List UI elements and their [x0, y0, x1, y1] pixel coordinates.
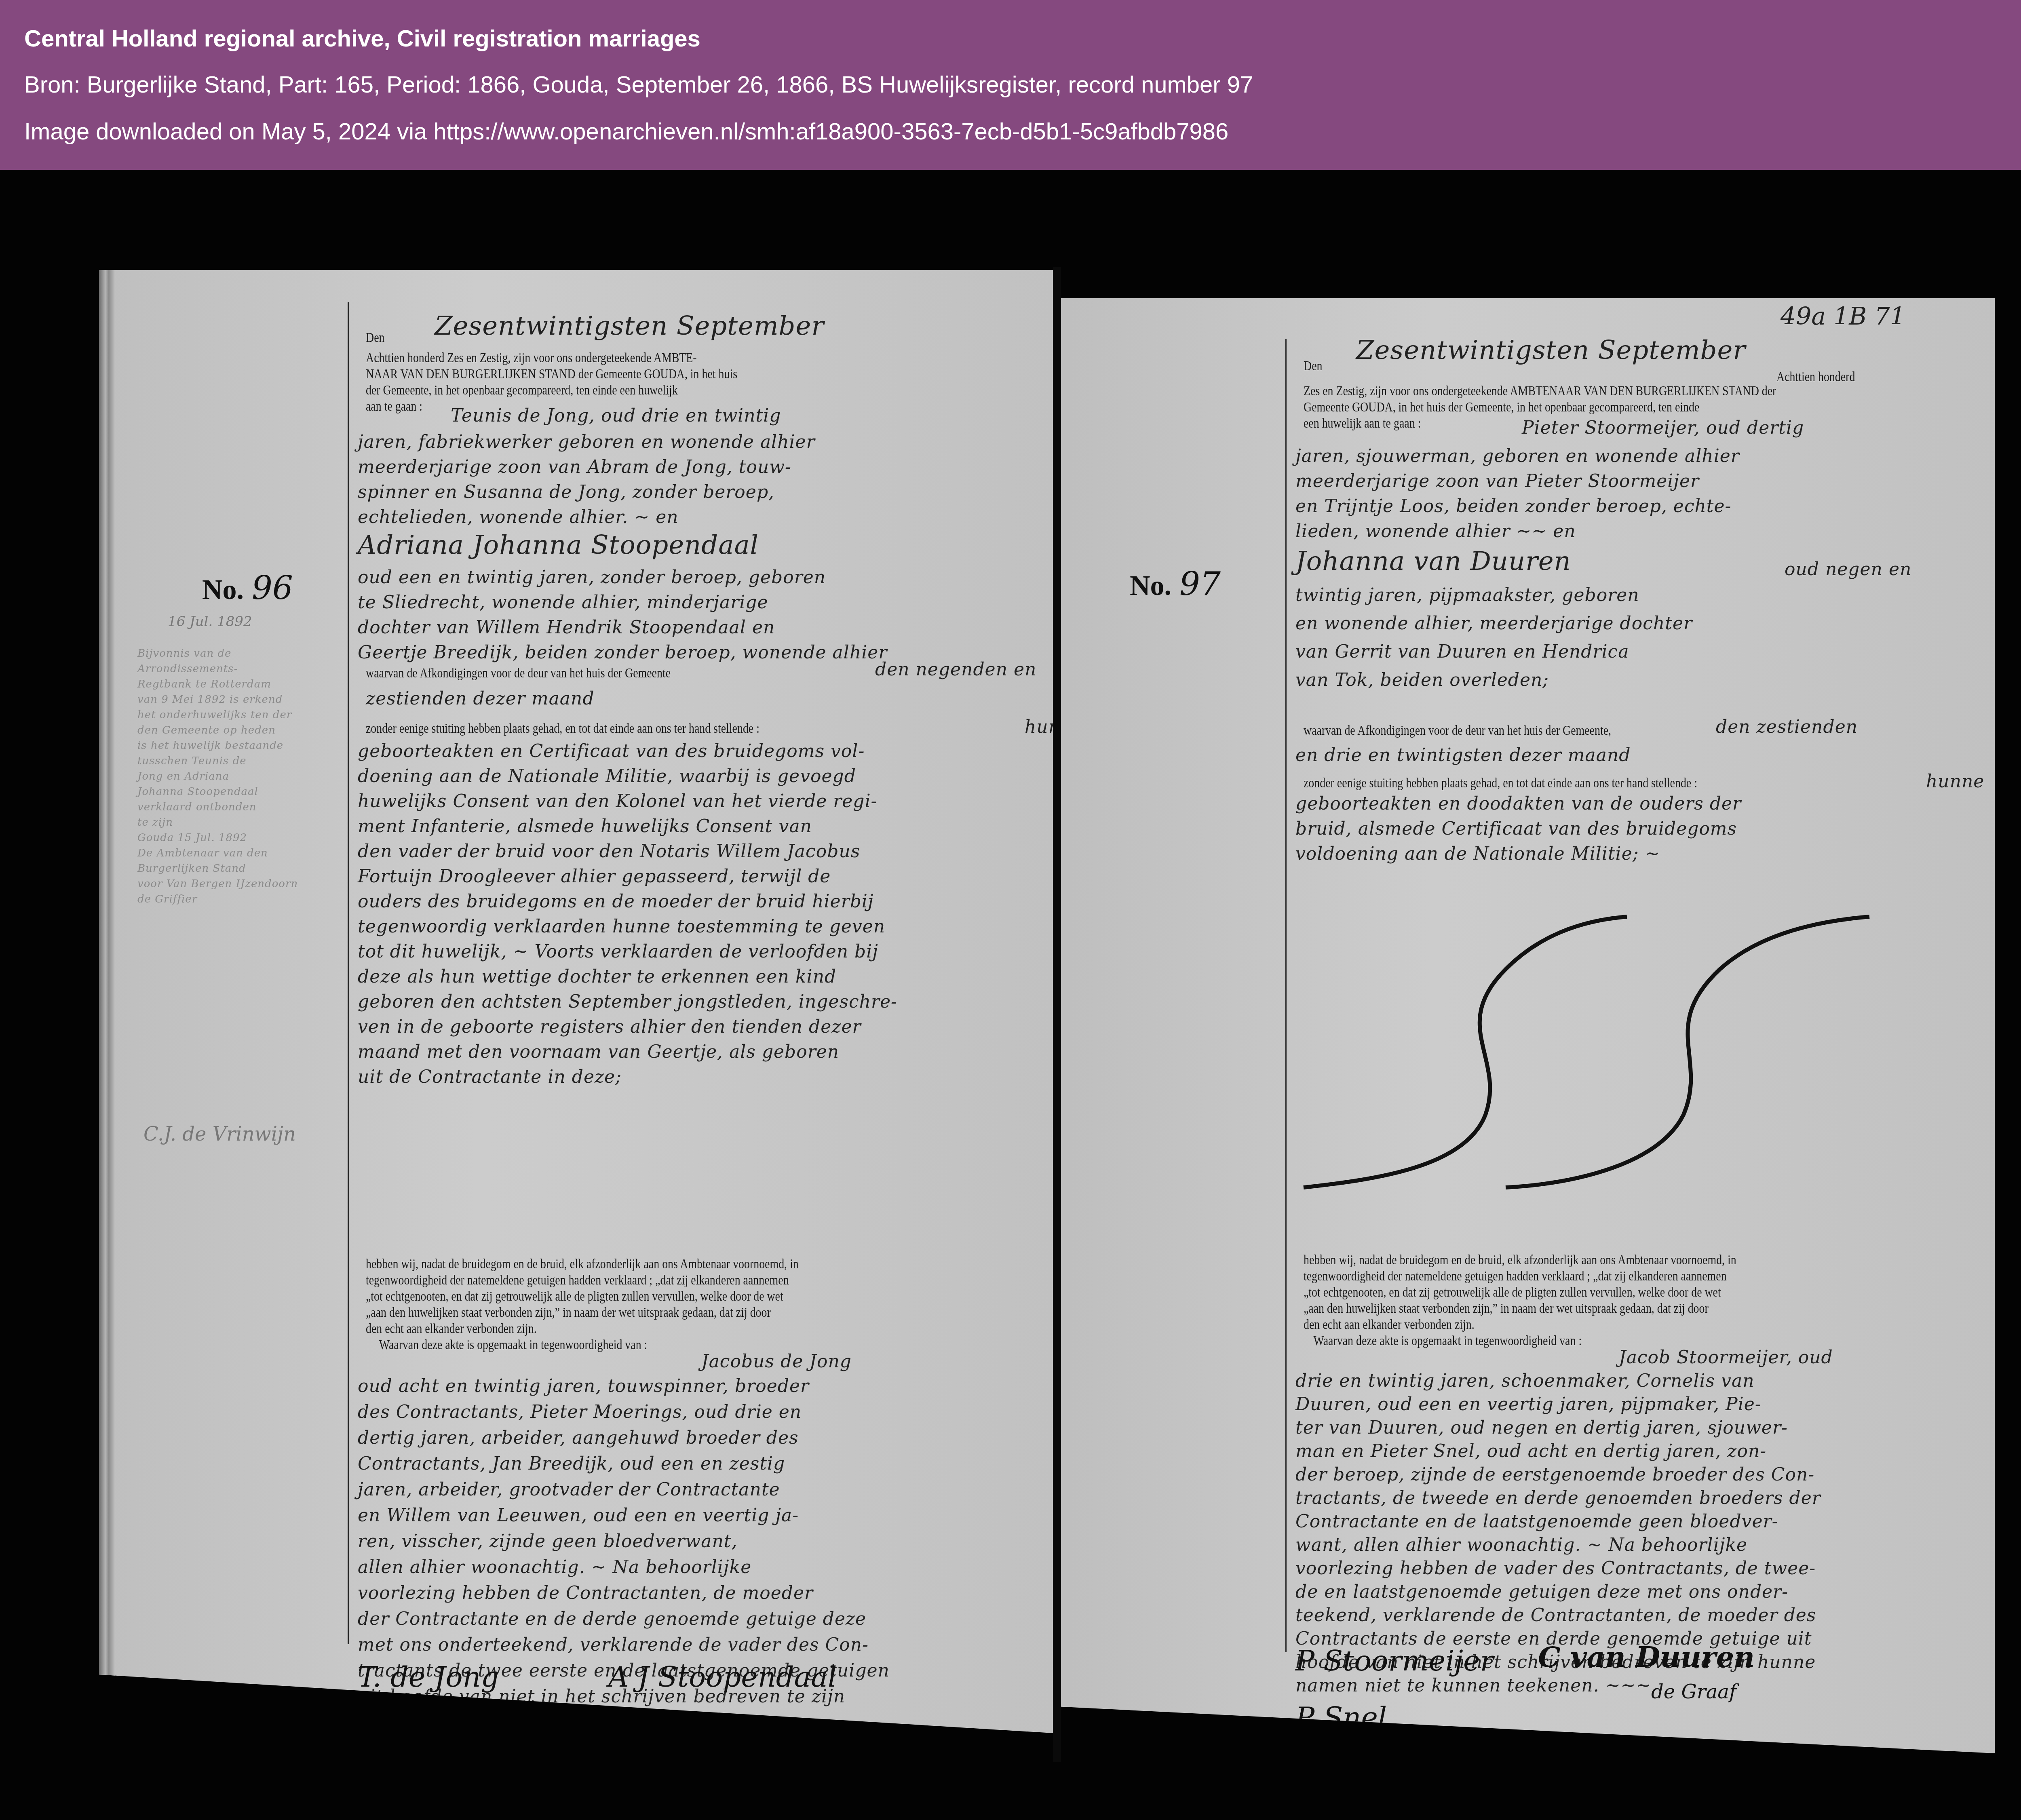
hand-line: Pieter Stoormeijer, oud dertig [1522, 415, 1804, 441]
hand-line: dertig jaren, arbeider, aangehuwd broede… [358, 1425, 890, 1451]
hand-date: Zesentwintigsten September [435, 314, 824, 339]
hand-line: voorlezing hebben de vader des Contracta… [1295, 1557, 1821, 1580]
hand-line: geboorteakten en Certificaat van des bru… [358, 739, 897, 764]
hand-line: jaren, sjouwerman, geboren en wonende al… [1295, 444, 1740, 469]
hand-groom: Pieter Stoormeijer, oud dertig [1522, 415, 1804, 441]
hand-line: lieden, wonende alhier ~~ en [1295, 519, 1740, 544]
signature-registrar: de Graaf [697, 1765, 797, 1792]
signature-groom: P Stoormeijer [1295, 1644, 1494, 1677]
hand-line: en Trijntje Loos, beiden zonder beroep, … [1295, 494, 1740, 519]
signature-groom: T. de Jong [358, 1660, 499, 1693]
margin-note-line: Johanna Stoopendaal [137, 784, 298, 799]
record-number-label: No.97 [1130, 565, 1221, 603]
hand-line: huwelijks Consent van den Kolonel van he… [358, 789, 897, 814]
hand-line: geboren den achtsten September jongstled… [358, 989, 897, 1014]
hand-line: spinner en Susanna de Jong, zonder beroe… [358, 480, 815, 505]
hand-line: voorlezing hebben de Contractanten, de m… [358, 1580, 890, 1606]
margin-note-line: tusschen Teunis de [137, 753, 298, 769]
printed-line: den echt aan elkander verbonden zijn. [1304, 1317, 1736, 1333]
record-number-value: 97 [1179, 565, 1221, 603]
margin-note-line: van 9 Mei 1892 is erkend [137, 692, 298, 707]
printed-declaration: hebben wij, nadat de bruidegom en de bru… [1304, 1252, 1736, 1349]
hand-line: der Contractante en de derde genoemde ge… [358, 1606, 890, 1632]
hand-line: tractants, de tweede en derde genoemden … [1295, 1487, 1821, 1510]
printed-line: der Gemeente, in het openbaar gecomparee… [366, 382, 737, 399]
hand-line: en Willem van Leeuwen, oud een en veerti… [358, 1503, 890, 1529]
archive-banner: Central Holland regional archive, Civil … [0, 0, 2021, 170]
printed-line: Gemeente GOUDA, in het huis der Gemeente… [1304, 399, 1776, 415]
hand-line: bruid, alsmede Certificaat van des bruid… [1295, 816, 1741, 841]
hand-groom-details: jaren, fabriekwerker geboren en wonende … [358, 430, 815, 530]
hand-groom-details: jaren, sjouwerman, geboren en wonende al… [1295, 444, 1740, 544]
banner-source: Bron: Burgerlijke Stand, Part: 165, Peri… [24, 71, 1253, 98]
hand-line: Duuren, oud een en veertig jaren, pijpma… [1295, 1393, 1821, 1416]
hand-line: dochter van Willem Hendrik Stoopendaal e… [358, 615, 887, 640]
hand-line: want, allen alhier woonachtig. ~ Na beho… [1295, 1533, 1821, 1557]
printed-afkondigingen: waarvan de Afkondigingen voor de deur va… [366, 665, 671, 681]
printed-line: „tot echtgenooten, en dat zij getrouweli… [1304, 1284, 1736, 1301]
hand-line: ven in de geboorte registers alhier den … [358, 1014, 897, 1040]
printed-intro: Den [1304, 358, 1322, 374]
margin-note-line: verklaard ontbonden [137, 799, 298, 815]
void-flourish [1295, 905, 1983, 1196]
printed-line: Zes en Zestig, zijn voor ons ondergeteek… [1304, 383, 1776, 399]
hand-documents-body: geboorteakten en doodakten van de ouders… [1295, 791, 1741, 867]
printed-afkondigingen: waarvan de Afkondigingen voor de deur va… [1304, 723, 1611, 739]
hand-line: doening aan de Nationale Militie, waarbi… [358, 764, 897, 789]
hand-line: man en Pieter Snel, oud acht en dertig j… [1295, 1440, 1821, 1463]
printed-line: NAAR VAN DEN BURGERLIJKEN STAND der Geme… [366, 366, 737, 382]
hand-line: met ons onderteekend, verklarende de vad… [358, 1632, 890, 1658]
hand-documents: hunne [1926, 769, 1984, 794]
hand-groom: Teunis de Jong, oud drie en twintig [451, 403, 781, 428]
hand-witnesses: Jacob Stoormeijer, oud [1619, 1345, 1833, 1370]
hand-line: allen alhier woonachtig. ~ Na behoorlijk… [358, 1554, 890, 1580]
printed-intro-suffix: Achttien honderd [1776, 369, 1855, 385]
hand-line: drie en twintig jaren, schoenmaker, Corn… [1295, 1369, 1821, 1393]
banner-title: Central Holland regional archive, Civil … [24, 25, 700, 52]
hand-line: jaren, fabriekwerker geboren en wonende … [358, 430, 815, 455]
record-no-label: No. [202, 574, 244, 605]
hand-line: van Gerrit van Duuren en Hendrica [1295, 638, 1692, 666]
printed-line: den echt aan elkander verbonden zijn. [366, 1321, 799, 1337]
margin-rule [1285, 339, 1287, 1652]
hand-line: te Sliedrecht, wonende alhier, minderjar… [358, 590, 887, 615]
hand-line: ment Infanterie, alsmede huwelijks Conse… [358, 814, 897, 839]
margin-annotation: Bijvonnis van de Arrondissements- Regtba… [137, 646, 298, 907]
hand-line: uit de Contractante in deze; [358, 1065, 897, 1090]
hand-line: echtelieden, wonende alhier. ~ en [358, 505, 815, 530]
hand-afkondigingen: den zestienden [1716, 715, 1858, 740]
hand-line: voldoening aan de Nationale Militie; ~ [1295, 841, 1741, 867]
printed-stuiting: zonder eenige stuiting hebben plaats geh… [1304, 775, 1697, 791]
signature-bride: A J Stoopendaal [608, 1660, 837, 1693]
printed-line: hebben wij, nadat de bruidegom en de bru… [366, 1256, 799, 1272]
hand-line: van Tok, beiden overleden; [1295, 666, 1692, 694]
hand-line: oud een en twintig jaren, zonder beroep,… [358, 565, 887, 590]
record-number-value: 96 [252, 569, 293, 607]
printed-den: Den [1304, 358, 1322, 374]
hand-line: ren, visscher, zijnde geen bloedverwant, [358, 1529, 890, 1554]
hand-line: den vader der bruid voor den Notaris Wil… [358, 839, 897, 864]
hand-afkondigingen-2: en drie en twintigsten dezer maand [1295, 743, 1631, 768]
printed-line: hebben wij, nadat de bruidegom en de bru… [1304, 1252, 1736, 1268]
hand-bride-name: Adriana Johanna Stoopendaal [358, 533, 759, 558]
signature-witness: C van Duuren [1538, 1640, 1755, 1674]
margin-date: 16 Jul. 1892 [168, 614, 252, 630]
margin-note-line: Gouda 15 Jul. 1892 [137, 830, 298, 846]
hand-date: Zesentwintigsten September [1356, 338, 1746, 363]
hand-bride-details: twintig jaren, pijpmaakster, geboren en … [1295, 581, 1692, 694]
margin-note-line: Jong en Adriana [137, 769, 298, 784]
hand-line: Contractante en de laatstgenoemde geen b… [1295, 1510, 1821, 1533]
hand-afkondigingen: den negenden en [875, 657, 1036, 682]
hand-line: meerderjarige zoon van Abram de Jong, to… [358, 455, 815, 480]
margin-note-line: te zijn [137, 815, 298, 830]
margin-note-line: De Ambtenaar van den [137, 846, 298, 861]
signature-witness-2: J. A. Breedijk [548, 1725, 734, 1758]
hand-documents-body: geboorteakten en Certificaat van des bru… [358, 739, 897, 1090]
margin-rule [348, 302, 349, 1644]
margin-note-line: voor Van Bergen IJzendoorn [137, 876, 298, 892]
hand-line: Contractants, Jan Breedijk, oud een en z… [358, 1451, 890, 1477]
hand-bride-name: Johanna van Duuren [1295, 549, 1571, 574]
hand-line: ter van Duuren, oud negen en dertig jare… [1295, 1416, 1821, 1440]
hand-witnesses: Jacobus de Jong [701, 1349, 852, 1374]
signature-witness-2: P Snel [1295, 1701, 1387, 1734]
printed-intro: Den [366, 330, 384, 346]
hand-line: deze als hun wettige dochter te erkennen… [358, 964, 897, 989]
margin-note-line: den Gemeente op heden [137, 723, 298, 738]
signature-witness: G Breedijk [342, 1709, 494, 1742]
left-page: No.96 16 Jul. 1892 Bijvonnis van de Arro… [99, 270, 1053, 1733]
record-no-label: No. [1130, 570, 1171, 601]
hand-line: des Contractants, Pieter Moerings, oud d… [358, 1399, 890, 1425]
banner-download-info: Image downloaded on May 5, 2024 via http… [24, 118, 1228, 145]
printed-line: „aan den huwelijken staat verbonden zijn… [1304, 1301, 1736, 1317]
hand-afkondigingen-2: zestienden dezer maand [366, 686, 595, 711]
hand-line: tegenwoordig verklaarden hunne toestemmi… [358, 914, 897, 939]
printed-line: tegenwoordigheid der natemeldene getuige… [366, 1272, 799, 1289]
margin-note-line: Arrondissements- [137, 661, 298, 677]
printed-line: „aan den huwelijken staat verbonden zijn… [366, 1305, 799, 1321]
hand-line: de en laatstgenoemde getuigen deze met o… [1295, 1580, 1821, 1604]
hand-line: hunne namen niet te kunnen teekenen. ~~~ [358, 1710, 890, 1736]
hand-line: Geertje Breedijk, beiden zonder beroep, … [358, 640, 887, 665]
hand-line: den negenden en [875, 657, 1036, 682]
book-gutter [1053, 267, 1061, 1762]
printed-den: Den [366, 330, 384, 346]
right-page: 49a 1B 71 No.97 Den Zesentwintigsten Sep… [1061, 298, 1995, 1753]
hand-line: Teunis de Jong, oud drie en twintig [451, 403, 781, 428]
hand-line: geboorteakten en doodakten van de ouders… [1295, 791, 1741, 816]
printed-line: „tot echtgenooten, en dat zij getrouweli… [366, 1289, 799, 1305]
hand-line: der beroep, zijnde de eerstgenoemde broe… [1295, 1463, 1821, 1487]
hand-line: meerderjarige zoon van Pieter Stoormeije… [1295, 469, 1740, 494]
hand-line: zestienden dezer maand [366, 686, 595, 711]
printed-line: tegenwoordigheid der natemeldene getuige… [1304, 1268, 1736, 1284]
printed-declaration: hebben wij, nadat de bruidegom en de bru… [366, 1256, 799, 1353]
record-number-label: No.96 [202, 569, 293, 607]
printed-stuiting: zonder eenige stuiting hebben plaats geh… [366, 721, 759, 737]
margin-note-line: Bijvonnis van de [137, 646, 298, 661]
page-stack-edge [99, 270, 115, 1733]
hand-line: Fortuijn Droogleever alhier gepasseerd, … [358, 864, 897, 889]
margin-note-line: Regtbank te Rotterdam [137, 677, 298, 692]
hand-line: maand met den voornaam van Geertje, als … [358, 1040, 897, 1065]
hand-line: Jacobus de Jong [701, 1349, 852, 1374]
hand-line: en wonende alhier, meerderjarige dochter [1295, 609, 1692, 638]
margin-note-line: de Griffier [137, 892, 298, 907]
hand-line: twintig jaren, pijpmaakster, geboren [1295, 581, 1692, 609]
hand-line: ouders des bruidegoms en de moeder der b… [358, 889, 897, 914]
hand-line: jaren, arbeider, grootvader der Contract… [358, 1477, 890, 1503]
hand-line: tot dit huwelijk, ~ Voorts verklaarden d… [358, 939, 897, 964]
margin-note-line: is het huwelijk bestaande [137, 738, 298, 753]
hand-line: teekend, verklarende de Contractanten, d… [1295, 1604, 1821, 1627]
margin-signature: C.J. de Vrinwijn [143, 1123, 296, 1145]
printed-line: Achttien honderd Zes en Zestig, zijn voo… [366, 350, 737, 366]
hand-bride-age: oud negen en [1785, 557, 1911, 582]
margin-note-line: Burgerlijken Stand [137, 861, 298, 876]
page-annotation: 49a 1B 71 [1781, 302, 1905, 331]
hand-line: namen niet te kunnen teekenen. ~~~ [1295, 1674, 1821, 1698]
scanned-register: No.96 16 Jul. 1892 Bijvonnis van de Arro… [0, 170, 2021, 1820]
hand-line: oud acht en twintig jaren, touwspinner, … [358, 1373, 890, 1399]
signature-registrar: de Graaf [1651, 1681, 1736, 1703]
hand-bride-details: oud een en twintig jaren, zonder beroep,… [358, 565, 887, 665]
margin-note-line: het onderhuwelijks ten der [137, 707, 298, 723]
